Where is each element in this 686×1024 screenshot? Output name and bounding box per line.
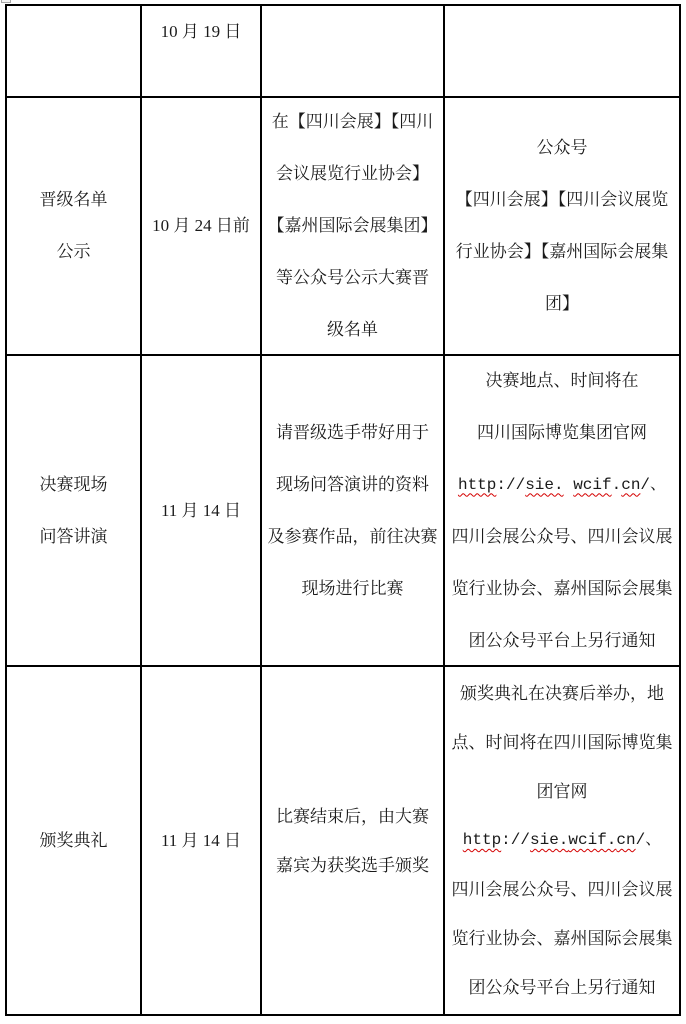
cell-text-line: 嘉宾为获奖选手颁奖: [276, 841, 429, 890]
cell-text-line: 团公众号平台上另行通知: [469, 963, 656, 1012]
table-move-handle-icon[interactable]: [1, 0, 11, 3]
cell-text-line: 会议展览行业协会】: [276, 148, 429, 200]
cell-r0-c0: [7, 6, 142, 98]
url-segment: [564, 476, 574, 494]
cell-text-line: 公示: [57, 226, 91, 278]
url-text: http://sie. wcif.cn/、: [458, 459, 666, 511]
cell-text-line: 级名单: [327, 304, 378, 356]
url-segment: ://: [501, 831, 530, 849]
cell-text-line: 问答讲演: [40, 511, 108, 563]
cell-text-line: 11 月 14 日: [161, 485, 241, 537]
cell-text-line: 点、时间将在四川国际博览集: [452, 718, 673, 767]
cell-r3-c1: 11 月 14 日: [142, 667, 262, 1014]
cell-text-line: 决赛现场: [40, 459, 108, 511]
cell-r1-c0: 晋级名单公示: [7, 98, 142, 356]
cell-r3-c2: 比赛结束后，由大赛嘉宾为获奖选手颁奖: [262, 667, 445, 1014]
cell-r2-c1: 11 月 14 日: [142, 356, 262, 667]
schedule-table: 10 月 19 日晋级名单公示10 月 24 日前在【四川会展】【四川会议展览行…: [5, 4, 681, 1016]
cell-text-line: 决赛地点、时间将在: [486, 356, 639, 407]
cell-text-line: 颁奖典礼: [40, 816, 108, 865]
cell-r0-c2: [262, 6, 445, 98]
spellcheck-squiggle: http: [458, 476, 496, 494]
cell-r2-c2: 请晋级选手带好用于现场问答演讲的资料及参赛作品，前往决赛现场进行比赛: [262, 356, 445, 667]
cell-text-line: 览行业协会、嘉州国际会展集: [452, 563, 673, 615]
url-segment: /、: [636, 831, 662, 849]
cell-text-line: 现场进行比赛: [302, 563, 404, 615]
cell-text-line: 团公众号平台上另行通知: [469, 615, 656, 667]
cell-text-line: 现场问答演讲的资料: [276, 459, 429, 511]
spellcheck-squiggle: sie.: [530, 831, 568, 849]
cell-text-line: 览行业协会、嘉州国际会展集: [452, 914, 673, 963]
cell-r2-c0: 决赛现场问答讲演: [7, 356, 142, 667]
cell-text-line: 团官网: [537, 767, 588, 816]
cell-text-line: 10 月 24 日前: [152, 200, 250, 252]
cell-r0-c3: [445, 6, 679, 98]
cell-text-line: 行业协会】【嘉州国际会展集: [456, 226, 669, 278]
cell-r1-c3: 公众号【四川会展】【四川会议展览行业协会】【嘉州国际会展集团】: [445, 98, 679, 356]
spellcheck-squiggle: wcif.: [568, 831, 616, 849]
cell-text-line: 四川会展公众号、四川会议展: [452, 511, 673, 563]
cell-r3-c3: 颁奖典礼在决赛后举办，地点、时间将在四川国际博览集团官网http://sie.w…: [445, 667, 679, 1014]
spellcheck-squiggle: http: [463, 831, 501, 849]
url-segment: /、: [640, 476, 666, 494]
cell-text-line: 公众号: [537, 122, 588, 174]
cell-text-line: 11 月 14 日: [161, 816, 241, 865]
url-segment: ://: [496, 476, 525, 494]
cell-text-line: 颁奖典礼在决赛后举办，地: [460, 669, 664, 718]
cell-text-line: 晋级名单: [40, 174, 108, 226]
cell-text-line: 【四川会展】【四川会议展览: [456, 174, 669, 226]
cell-r2-c3: 决赛地点、时间将在四川国际博览集团官网http://sie. wcif.cn/、…: [445, 356, 679, 667]
url-text: http://sie.wcif.cn/、: [463, 816, 661, 865]
spellcheck-squiggle: wcif: [573, 476, 611, 494]
url-segment: .: [612, 476, 622, 494]
cell-r1-c1: 10 月 24 日前: [142, 98, 262, 356]
spellcheck-squiggle: cn: [616, 831, 635, 849]
cell-r3-c0: 颁奖典礼: [7, 667, 142, 1014]
cell-r0-c1: 10 月 19 日: [142, 6, 262, 98]
cell-r1-c2: 在【四川会展】【四川会议展览行业协会】【嘉州国际会展集团】等公众号公示大赛晋级名…: [262, 98, 445, 356]
cell-text-line: 团】: [545, 278, 579, 330]
cell-text-line: 四川国际博览集团官网: [477, 407, 647, 459]
cell-text-line: 【嘉州国际会展集团】: [268, 200, 438, 252]
cell-text-line: 请晋级选手带好用于: [276, 407, 429, 459]
cell-text-line: 四川会展公众号、四川会议展: [452, 865, 673, 914]
cell-text-line: 比赛结束后，由大赛: [276, 792, 429, 841]
cell-text-line: 等公众号公示大赛晋: [276, 252, 429, 304]
cell-text-line: 在【四川会展】【四川: [272, 98, 434, 148]
spellcheck-squiggle: sie.: [525, 476, 563, 494]
spellcheck-squiggle: cn: [621, 476, 640, 494]
cell-text-line: 10 月 19 日: [161, 6, 242, 58]
cell-text-line: 及参赛作品，前往决赛: [268, 511, 438, 563]
